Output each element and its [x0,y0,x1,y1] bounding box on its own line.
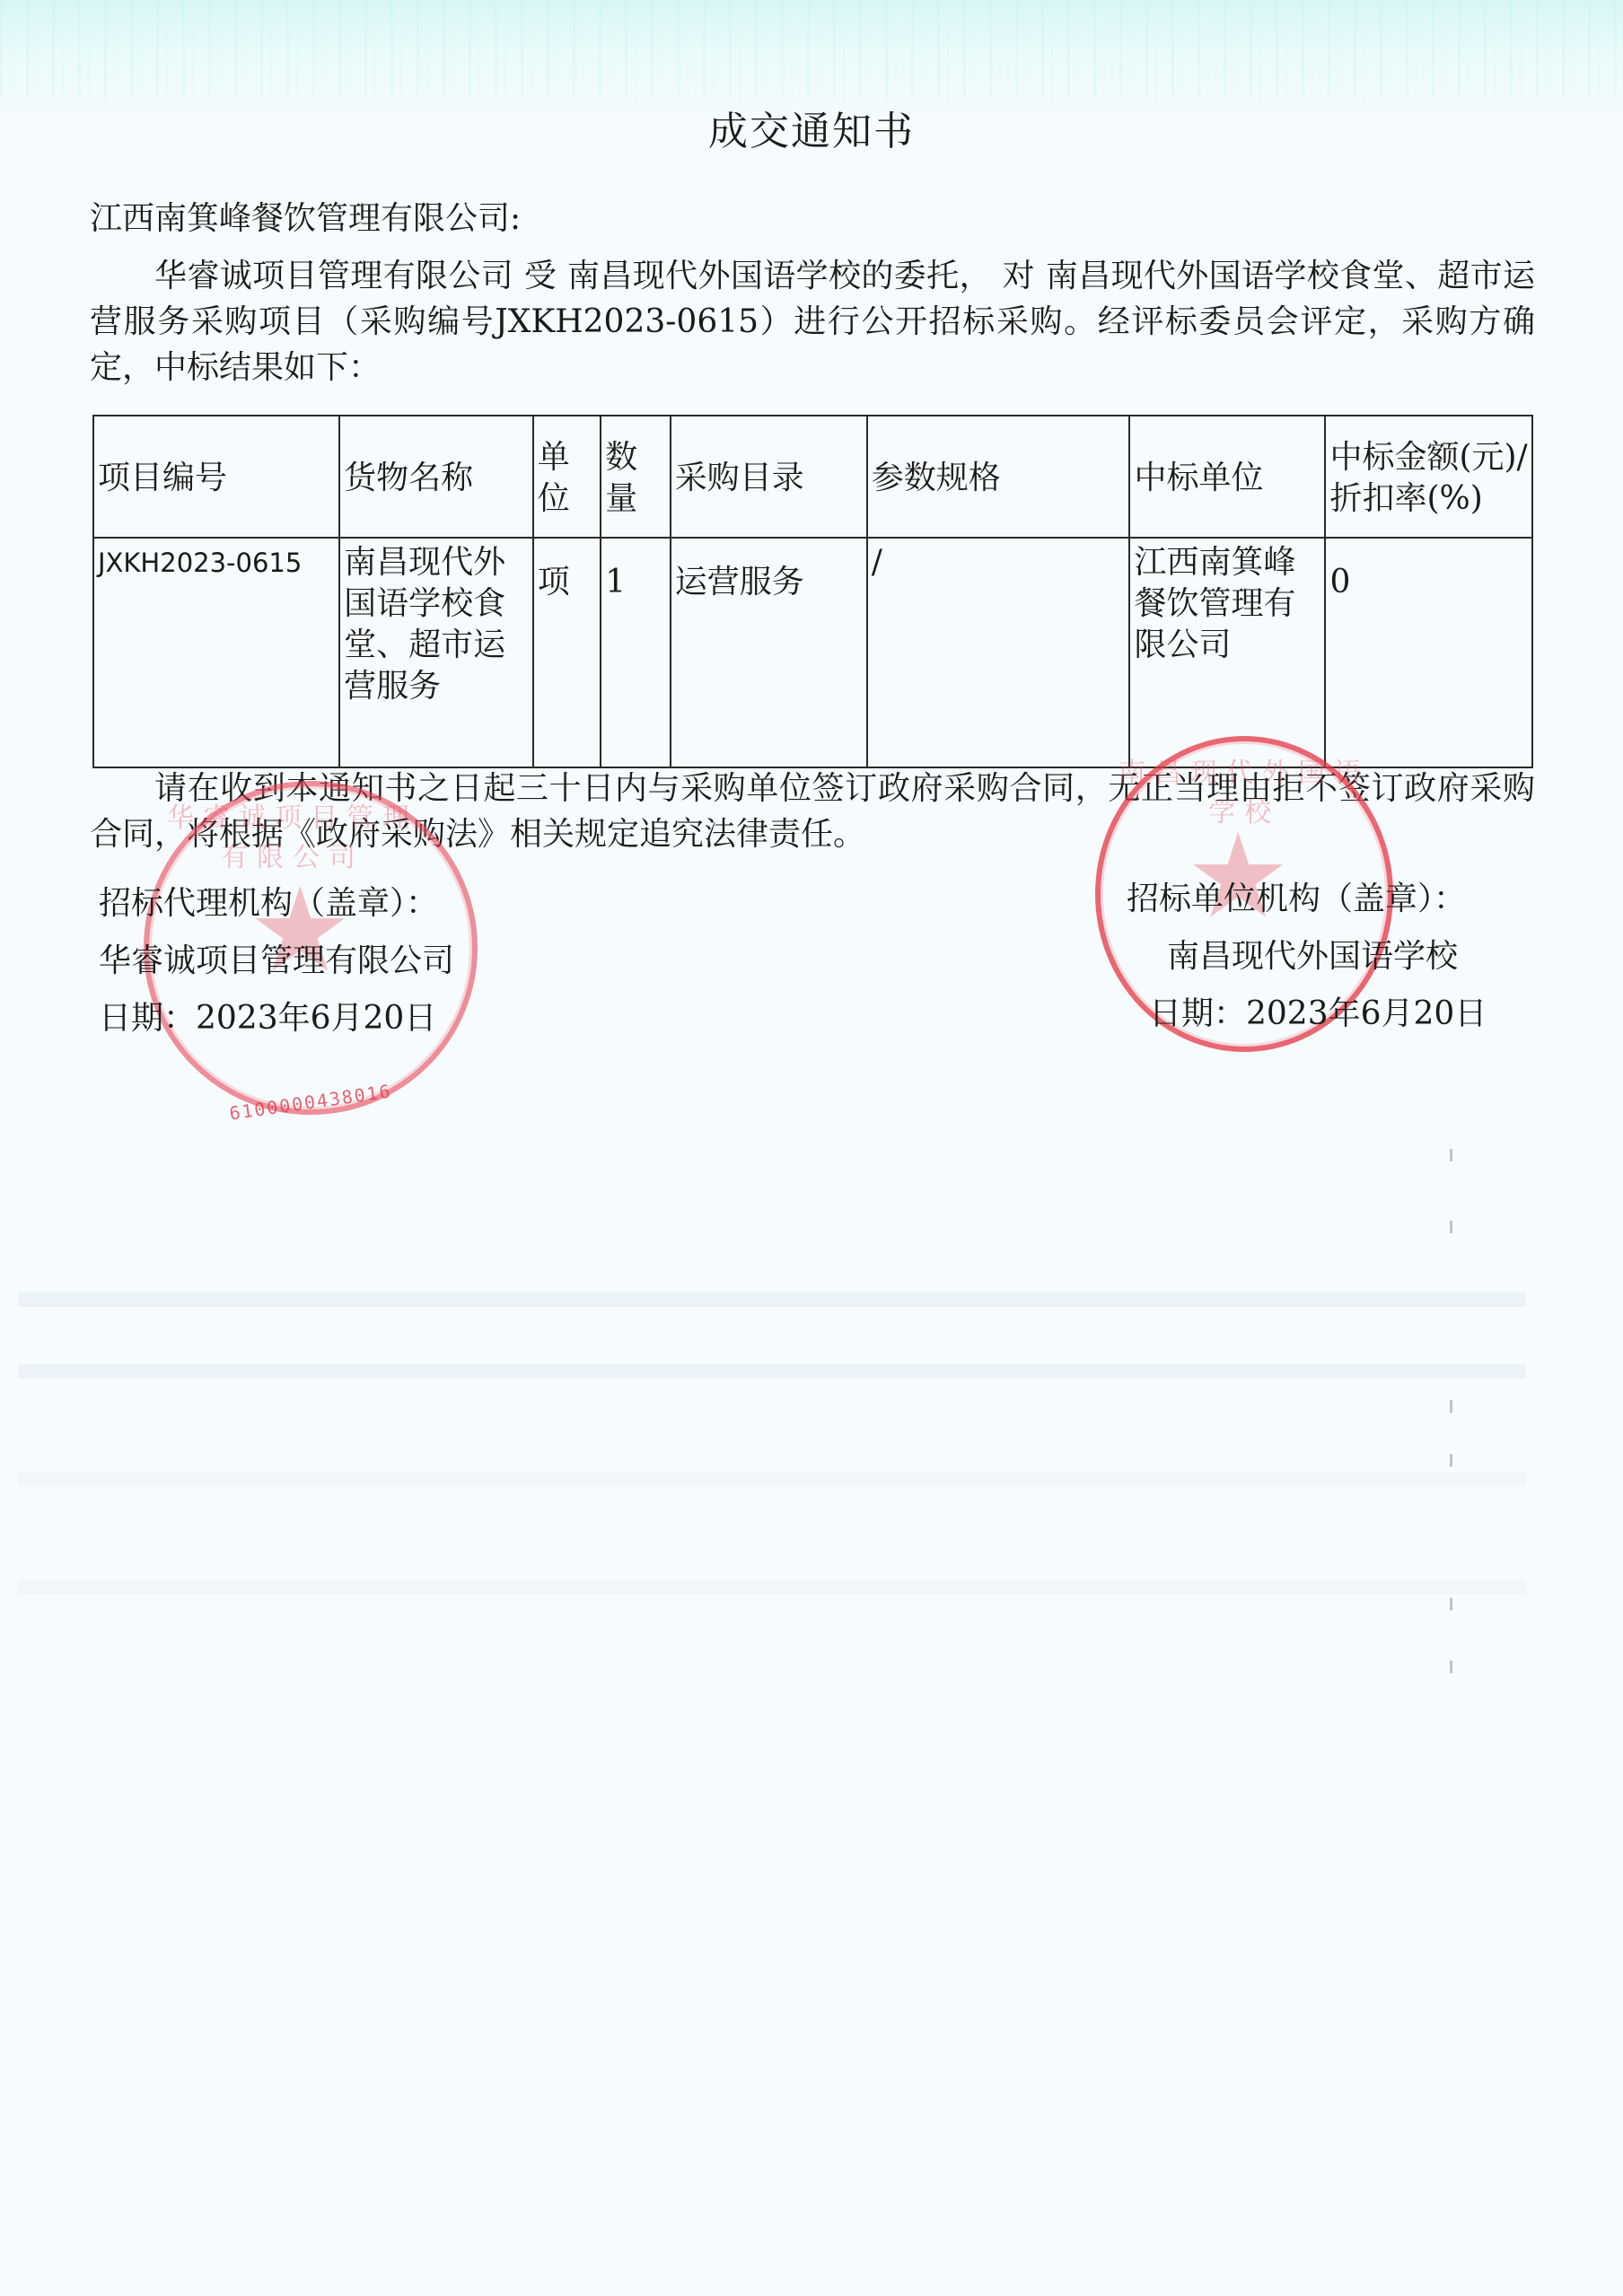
header-unit: 单位 [533,416,601,538]
header-amount: 中标金额(元)/折扣率(%) [1325,416,1532,538]
scan-mark [1450,1661,1452,1673]
addressee: 江西南箕峰餐饮管理有限公司: [90,193,521,239]
cell-project-no: JXKH2023-0615 [93,538,339,767]
agent-seal-code: 6100000438016 [211,1078,409,1126]
cell-unit: 项 [533,538,601,767]
scan-mark [1450,1400,1452,1413]
scan-band [18,1364,1526,1379]
agent-signature-block: 招标代理机构（盖章）： 华睿诚项目管理有限公司 日期：2023年6月20日 [99,875,454,1047]
scan-mark [1450,1149,1452,1161]
header-catalog: 采购目录 [671,416,867,538]
agent-date: 日期：2023年6月20日 [99,990,454,1047]
scan-mark [1450,1454,1452,1467]
purchaser-signature-block: 招标单位机构（盖章）： 南昌现代外国语学校 日期：2023年6月20日 [1127,871,1487,1043]
purchaser-label: 招标单位机构（盖章）： [1127,871,1487,928]
header-spec: 参数规格 [867,416,1130,538]
cell-goods-name: 南昌现代外国语学校食堂、超市运营服务 [339,538,533,767]
table-row: JXKH2023-0615 南昌现代外国语学校食堂、超市运营服务 项 1 运营服… [93,538,1532,767]
cell-winner: 江西南箕峰餐饮管理有限公司 [1129,538,1325,767]
agent-name: 华睿诚项目管理有限公司 [99,933,454,990]
scan-band [18,1580,1526,1594]
scan-band [18,1472,1526,1486]
header-goods-name: 货物名称 [339,416,533,538]
cell-quantity: 1 [601,538,670,767]
header-winner: 中标单位 [1129,416,1325,538]
header-project-no: 项目编号 [93,416,339,538]
scan-mark [1450,1221,1452,1233]
cell-spec: / [867,538,1130,767]
scan-mark [1450,1598,1452,1610]
cell-amount: 0 [1325,538,1532,767]
table-header-row: 项目编号 货物名称 单位 数量 采购目录 参数规格 中标单位 中标金额(元)/折… [93,416,1532,538]
purchaser-name: 南昌现代外国语学校 [1127,928,1487,986]
scan-band [18,1293,1526,1307]
purchaser-date: 日期：2023年6月20日 [1127,986,1487,1043]
scan-streaks [0,0,1623,99]
document-title: 成交通知书 [0,99,1623,156]
award-result-table: 项目编号 货物名称 单位 数量 采购目录 参数规格 中标单位 中标金额(元)/折… [92,415,1533,768]
intro-paragraph: 华睿诚项目管理有限公司 受 南昌现代外国语学校的委托， 对 南昌现代外国语学校食… [90,253,1535,390]
header-quantity: 数量 [601,416,670,538]
cell-catalog: 运营服务 [671,538,867,767]
agent-label: 招标代理机构（盖章）： [99,875,454,933]
